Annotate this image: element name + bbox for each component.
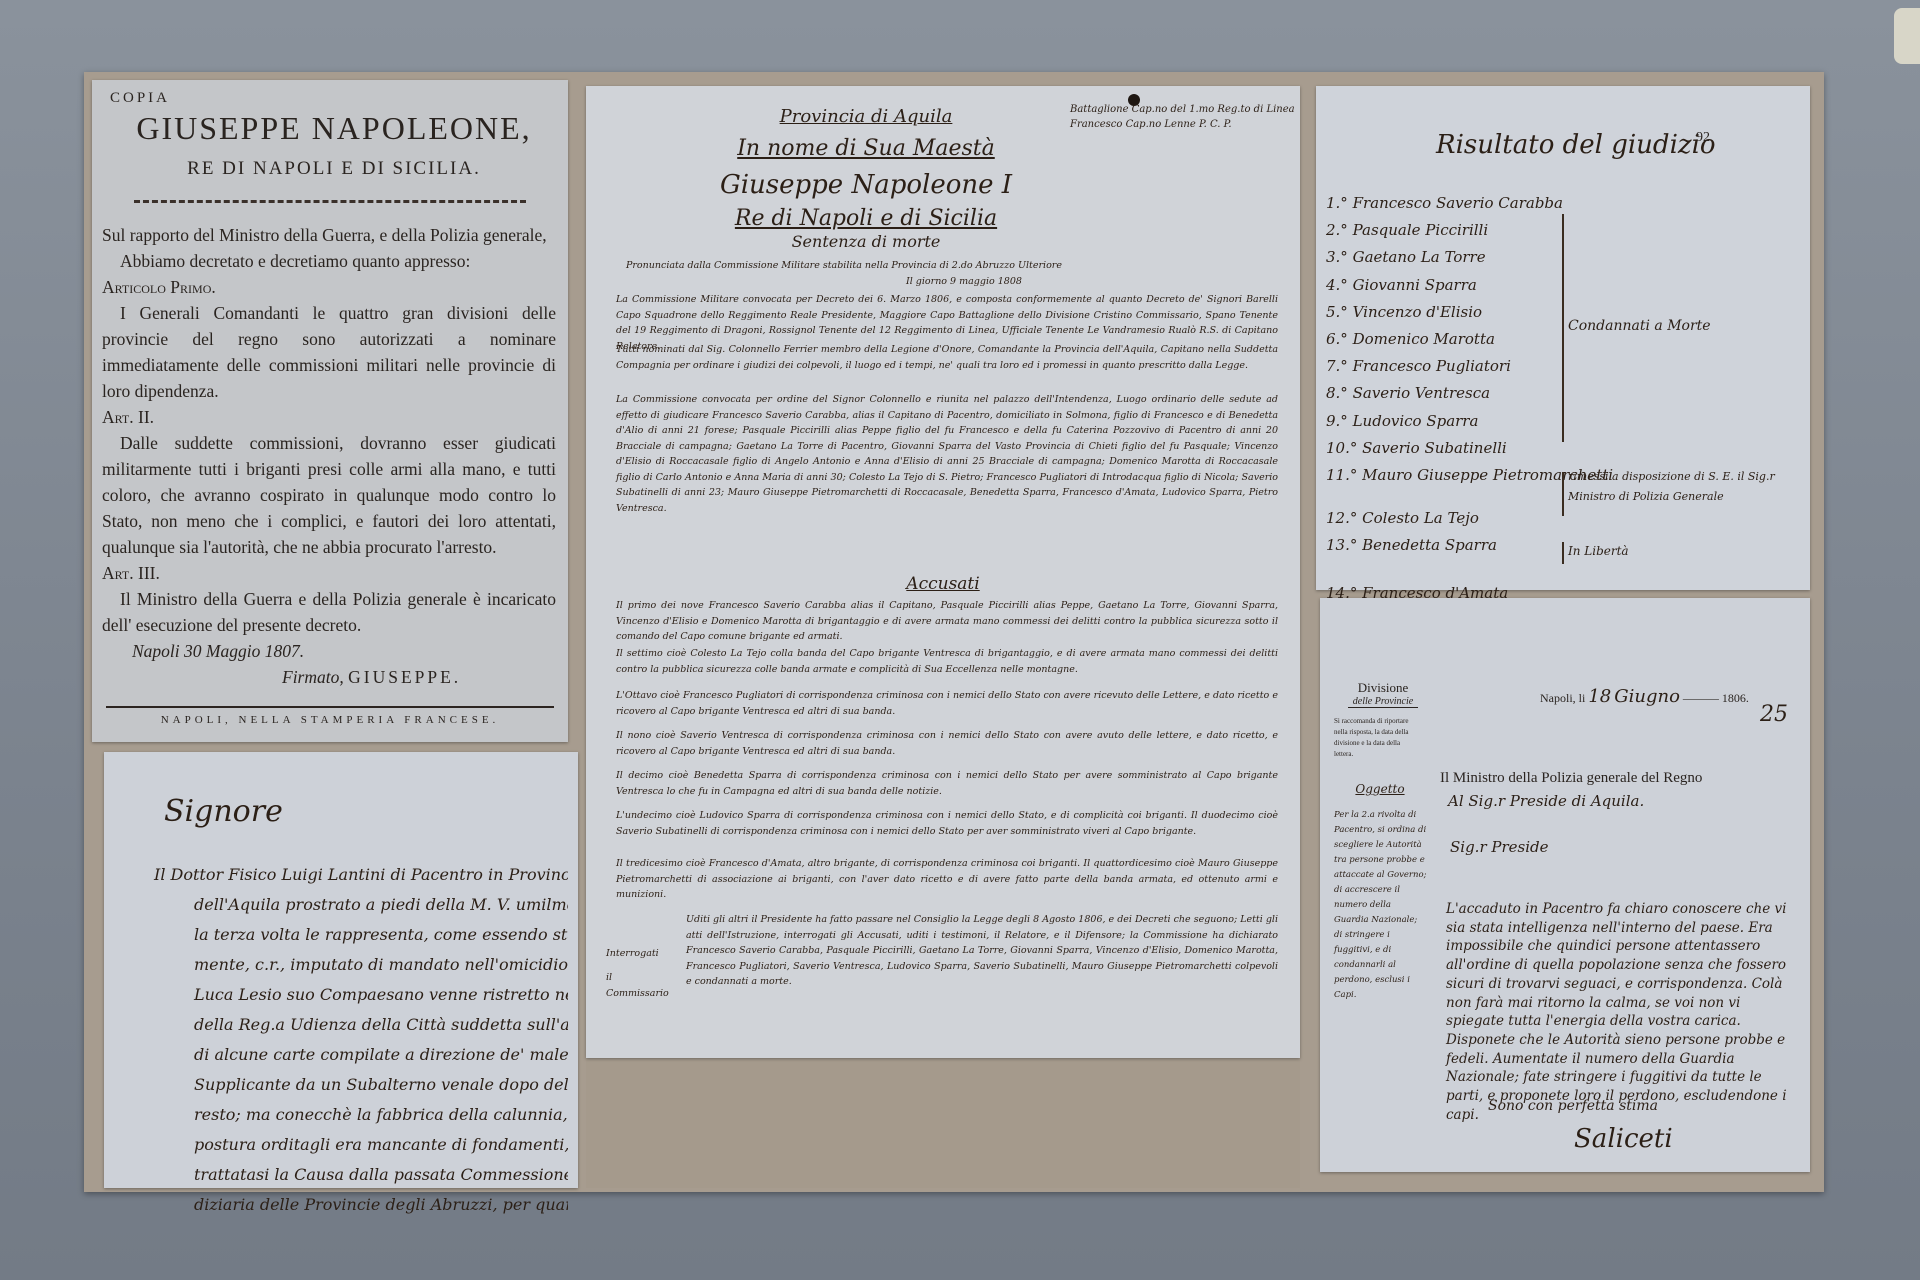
letter-dateline: Napoli, li 18 Giugno ——— 1806. bbox=[1540, 686, 1749, 707]
page-number: 92 bbox=[1696, 130, 1710, 146]
division-label: Divisione bbox=[1348, 680, 1418, 696]
printed-decree: COPIA GIUSEPPE NAPOLEONE, RE DI NAPOLI E… bbox=[92, 80, 568, 742]
date-year: 1806. bbox=[1722, 691, 1749, 705]
division-header: Divisione delle Provincie bbox=[1348, 680, 1418, 708]
petition-line: postura orditagli era mancante di fondam… bbox=[134, 1130, 568, 1160]
petition-line: trattatasi la Causa dalla passata Commes… bbox=[134, 1160, 568, 1190]
list-item: 1.° Francesco Saverio Carabba bbox=[1326, 190, 1613, 217]
signed-name: GIUSEPPE. bbox=[348, 667, 461, 687]
printer-imprint: NAPOLI, NELLA STAMPERIA FRANCESE. bbox=[106, 714, 554, 726]
sentence-paragraph: Il primo dei nove Francesco Saverio Cara… bbox=[616, 598, 1278, 645]
judgement-results: Risultato del giudizio 92 1.° Francesco … bbox=[1316, 86, 1810, 590]
decree-title: GIUSEPPE NAPOLEONE, bbox=[110, 110, 558, 147]
article-3-heading: Art. III. bbox=[102, 560, 556, 586]
date-month: Giugno bbox=[1614, 686, 1680, 707]
sentence-heading: Sentenza di morte bbox=[706, 232, 1026, 251]
decree-signature: Firmato, GIUSEPPE. bbox=[102, 664, 556, 690]
sentence-opening: Pronunciata dalla Commissione Militare s… bbox=[626, 258, 1278, 274]
sentence-kingdom: Re di Napoli e di Sicilia bbox=[706, 206, 1026, 231]
decree-subtitle: RE DI NAPOLI E DI SICILIA. bbox=[110, 158, 558, 180]
oggetto-label: Oggetto bbox=[1340, 782, 1420, 796]
list-item: 8.° Saverio Ventresca bbox=[1326, 380, 1613, 407]
article-3-text: Il Ministro della Guerra e della Polizia… bbox=[102, 586, 556, 638]
list-item: 9.° Ludovico Sparra bbox=[1326, 408, 1613, 435]
date-place: Napoli, li bbox=[1540, 691, 1585, 705]
petition-line: di alcune carte compilate a direzione de… bbox=[134, 1040, 568, 1070]
petition-line: Il Dottor Fisico Luigi Lantini di Pacent… bbox=[134, 860, 568, 890]
petition-salutation: Signore bbox=[164, 794, 283, 829]
verdict-free: In Libertà bbox=[1568, 544, 1629, 558]
letter-body: L'accaduto in Pacentro fa chiaro conosce… bbox=[1446, 900, 1794, 1124]
petition-line: resto; ma conecchè la fabbrica della cal… bbox=[134, 1100, 568, 1130]
date-day: 18 bbox=[1588, 686, 1611, 707]
handwritten-petition: Signore Il Dottor Fisico Luigi Lantini d… bbox=[104, 752, 578, 1188]
list-item: 3.° Gaetano La Torre bbox=[1326, 244, 1613, 271]
verdict-minister: rimessi a disposizione di S. E. il Sig.r bbox=[1568, 470, 1775, 483]
sentence-king: Giuseppe Napoleone I bbox=[706, 170, 1026, 200]
bracket-line bbox=[1562, 214, 1564, 442]
decree-date: Napoli 30 Maggio 1807. bbox=[102, 638, 556, 664]
petition-line: dell'Aquila prostrato a piedi della M. V… bbox=[134, 890, 568, 920]
sentence-in-name: In nome di Sua Maestà bbox=[706, 136, 1026, 161]
letter-signature: Saliceti bbox=[1574, 1124, 1673, 1154]
petition-line: della Reg.a Udienza della Città suddetta… bbox=[134, 1010, 568, 1040]
sentence-paragraph: La Commissione convocata per ordine del … bbox=[616, 392, 1278, 516]
verdict-death: Condannati a Morte bbox=[1568, 318, 1711, 334]
letter-salutation: Sig.r Preside bbox=[1450, 838, 1549, 856]
oggetto-text: Per la 2.a rivolta di Pacentro, si ordin… bbox=[1334, 808, 1428, 1003]
sentence-paragraph: Il settimo cioè Colesto La Tejo colla ba… bbox=[616, 646, 1278, 677]
division-sub: delle Provincie bbox=[1348, 696, 1418, 708]
sentence-province: Provincia di Aquila bbox=[706, 106, 1026, 127]
sentence-paragraph: Il tredicesimo cioè Francesco d'Amata, a… bbox=[616, 856, 1278, 903]
margin-note-line: Battaglione Cap.no del 1.mo Reg.to di Li… bbox=[1070, 102, 1295, 117]
article-2-text: Dalle suddette commissioni, dovranno ess… bbox=[102, 430, 556, 560]
sentence-paragraph: Tutti nominati dal Sig. Colonnello Ferri… bbox=[616, 342, 1278, 373]
decorative-rule bbox=[134, 200, 526, 206]
sentence-paragraph: Uditi gli altri il Presidente ha fatto p… bbox=[686, 912, 1278, 990]
divider-line bbox=[106, 706, 554, 708]
sentence-paragraph: Il nono cioè Saverio Ventresca di corris… bbox=[616, 728, 1278, 759]
decree-copia-label: COPIA bbox=[110, 90, 170, 107]
margin-label: Interrogati bbox=[606, 946, 676, 962]
petition-line: la terza volta le rappresenta, come esse… bbox=[134, 920, 568, 950]
wall-fixture bbox=[1894, 8, 1920, 64]
board-empty-area bbox=[586, 1060, 1300, 1188]
petition-line: Supplicante da un Subalterno venale dopo… bbox=[134, 1070, 568, 1100]
sentence-paragraph: Il decimo cioè Benedetta Sparra di corri… bbox=[616, 768, 1278, 799]
petition-line: Luca Lesio suo Compaesano venne ristrett… bbox=[134, 980, 568, 1010]
list-item: 7.° Francesco Pugliatori bbox=[1326, 353, 1613, 380]
decree-intro: Sul rapporto del Ministro della Guerra, … bbox=[102, 222, 556, 248]
accused-heading: Accusati bbox=[586, 574, 1300, 594]
sentence-paragraph: L'Ottavo cioè Francesco Pugliatori di co… bbox=[616, 688, 1278, 719]
instruction-note: Si raccomanda di riportare nella rispost… bbox=[1334, 716, 1416, 760]
petition-line: mente, c.r., imputato di mandato nell'om… bbox=[134, 950, 568, 980]
letter-closing: Sono con perfetta stima bbox=[1488, 1098, 1658, 1114]
decree-intro-2: Abbiamo decretato e decretiamo quanto ap… bbox=[102, 248, 556, 274]
list-item: 2.° Pasquale Piccirilli bbox=[1326, 217, 1613, 244]
results-title: Risultato del giudizio bbox=[1436, 130, 1716, 160]
petition-line: diziaria delle Provincie degli Abruzzi, … bbox=[134, 1190, 568, 1220]
bracket-line bbox=[1562, 472, 1564, 516]
decree-body: Sul rapporto del Ministro della Guerra, … bbox=[102, 222, 556, 690]
bracket-line bbox=[1562, 542, 1564, 564]
list-item: 10.° Saverio Subatinelli bbox=[1326, 435, 1613, 462]
letter-number: 25 bbox=[1760, 702, 1788, 727]
margin-note: Battaglione Cap.no del 1.mo Reg.to di Li… bbox=[1070, 102, 1295, 132]
margin-label: il Commissario bbox=[606, 970, 676, 1001]
police-minister-letter: Divisione delle Provincie Si raccomanda … bbox=[1320, 598, 1810, 1172]
letter-addressee: Al Sig.r Preside di Aquila. bbox=[1448, 792, 1644, 810]
list-item: 12.° Colesto La Tejo bbox=[1326, 505, 1613, 532]
sentence-paragraph: L'undecimo cioè Ludovico Sparra di corri… bbox=[616, 808, 1278, 839]
death-sentence-document: Battaglione Cap.no del 1.mo Reg.to di Li… bbox=[586, 86, 1300, 1058]
article-2-heading: Art. II. bbox=[102, 404, 556, 430]
signed-label: Firmato, bbox=[282, 667, 344, 687]
letter-sender: Il Ministro della Polizia generale del R… bbox=[1440, 770, 1702, 787]
list-item: 4.° Giovanni Sparra bbox=[1326, 272, 1613, 299]
article-1-heading: Articolo Primo. bbox=[102, 274, 556, 300]
margin-note-line: Francesco Cap.no Lenne P. C. P. bbox=[1070, 117, 1295, 132]
sentence-opening-date: Il giorno 9 maggio 1808 bbox=[906, 274, 1022, 290]
petition-body: Il Dottor Fisico Luigi Lantini di Pacent… bbox=[134, 860, 568, 1220]
verdict-minister-2: Ministro di Polizia Generale bbox=[1568, 490, 1724, 503]
article-1-text: I Generali Comandanti le quattro gran di… bbox=[102, 300, 556, 404]
